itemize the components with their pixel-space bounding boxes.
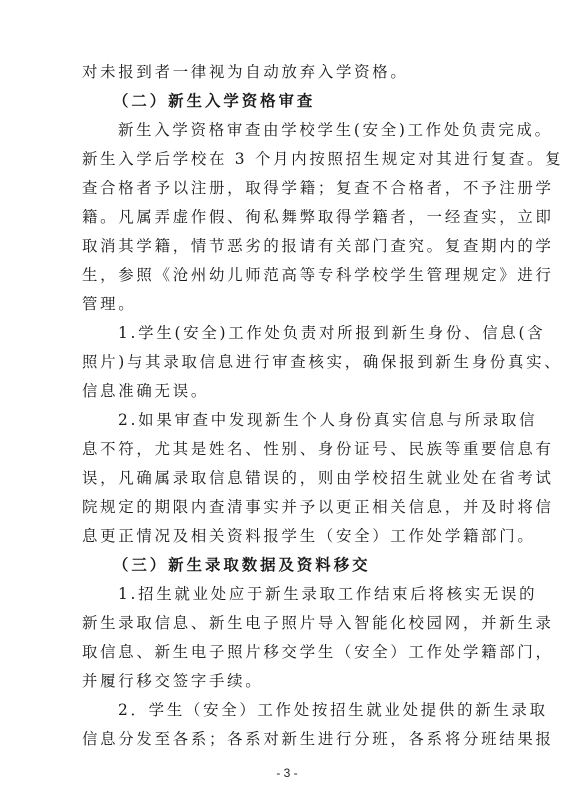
text-line: 2.如果审查中发现新生个人身份真实信息与所录取信 [82,406,530,435]
text-line: 院规定的期限内查清事实并予以更正相关信息，并及时将信 [82,493,494,522]
text-line: 新生录取信息、新生电子照片导入智能化校园网，并新生录 [82,609,494,638]
text-line: 1.招生就业处应于新生录取工作结束后将核实无误的 [82,580,530,609]
section-heading-2: （二）新生入学资格审查 [82,87,525,116]
text-line: 管理。 [82,290,494,319]
page-number: - 3 - [0,763,574,783]
text-line: 对未报到者一律视为自动放弃入学资格。 [82,58,494,87]
text-line: 生，参照《沧州幼儿师范高等专科学校学生管理规定》进行 [82,261,494,290]
text-line: 信息分发至各系；各系对新生进行分班，各系将分班结果报 [82,725,494,754]
text-line: 1.学生(安全)工作处负责对所报到新生身份、信息(含 [82,319,530,348]
text-line: 息不符，尤其是姓名、性别、身份证号、民族等重要信息有 [82,435,494,464]
text-line: 并履行移交签字手续。 [82,667,494,696]
text-line: 籍。凡属弄虚作假、徇私舞弊取得学籍者，一经查实，立即 [82,203,494,232]
text-line: 误，凡确属录取信息错误的，则由学校招生就业处在省考试 [82,464,494,493]
section-heading-3: （三）新生录取数据及资料移交 [82,551,525,580]
text-line: 信息准确无误。 [82,377,494,406]
text-line: 取信息、新生电子照片移交学生（安全）工作处学籍部门， [82,638,494,667]
text-line: 新生入学资格审查由学校学生(安全)工作处负责完成。 [82,116,530,145]
text-line: 息更正情况及相关资料报学生（安全）工作处学籍部门。 [82,522,494,551]
text-line: 新生入学后学校在 3 个月内按照招生规定对其进行复查。复 [82,145,494,174]
text-line: 2．学生（安全）工作处按招生就业处提供的新生录取 [82,696,530,725]
document-page: 对未报到者一律视为自动放弃入学资格。 （二）新生入学资格审查 新生入学资格审查由… [0,0,574,808]
text-line: 查合格者予以注册，取得学籍；复查不合格者，不予注册学 [82,174,494,203]
text-line: 照片)与其录取信息进行审查核实，确保报到新生身份真实、 [82,348,494,377]
text-line: 取消其学籍，情节恶劣的报请有关部门查究。复查期内的学 [82,232,494,261]
